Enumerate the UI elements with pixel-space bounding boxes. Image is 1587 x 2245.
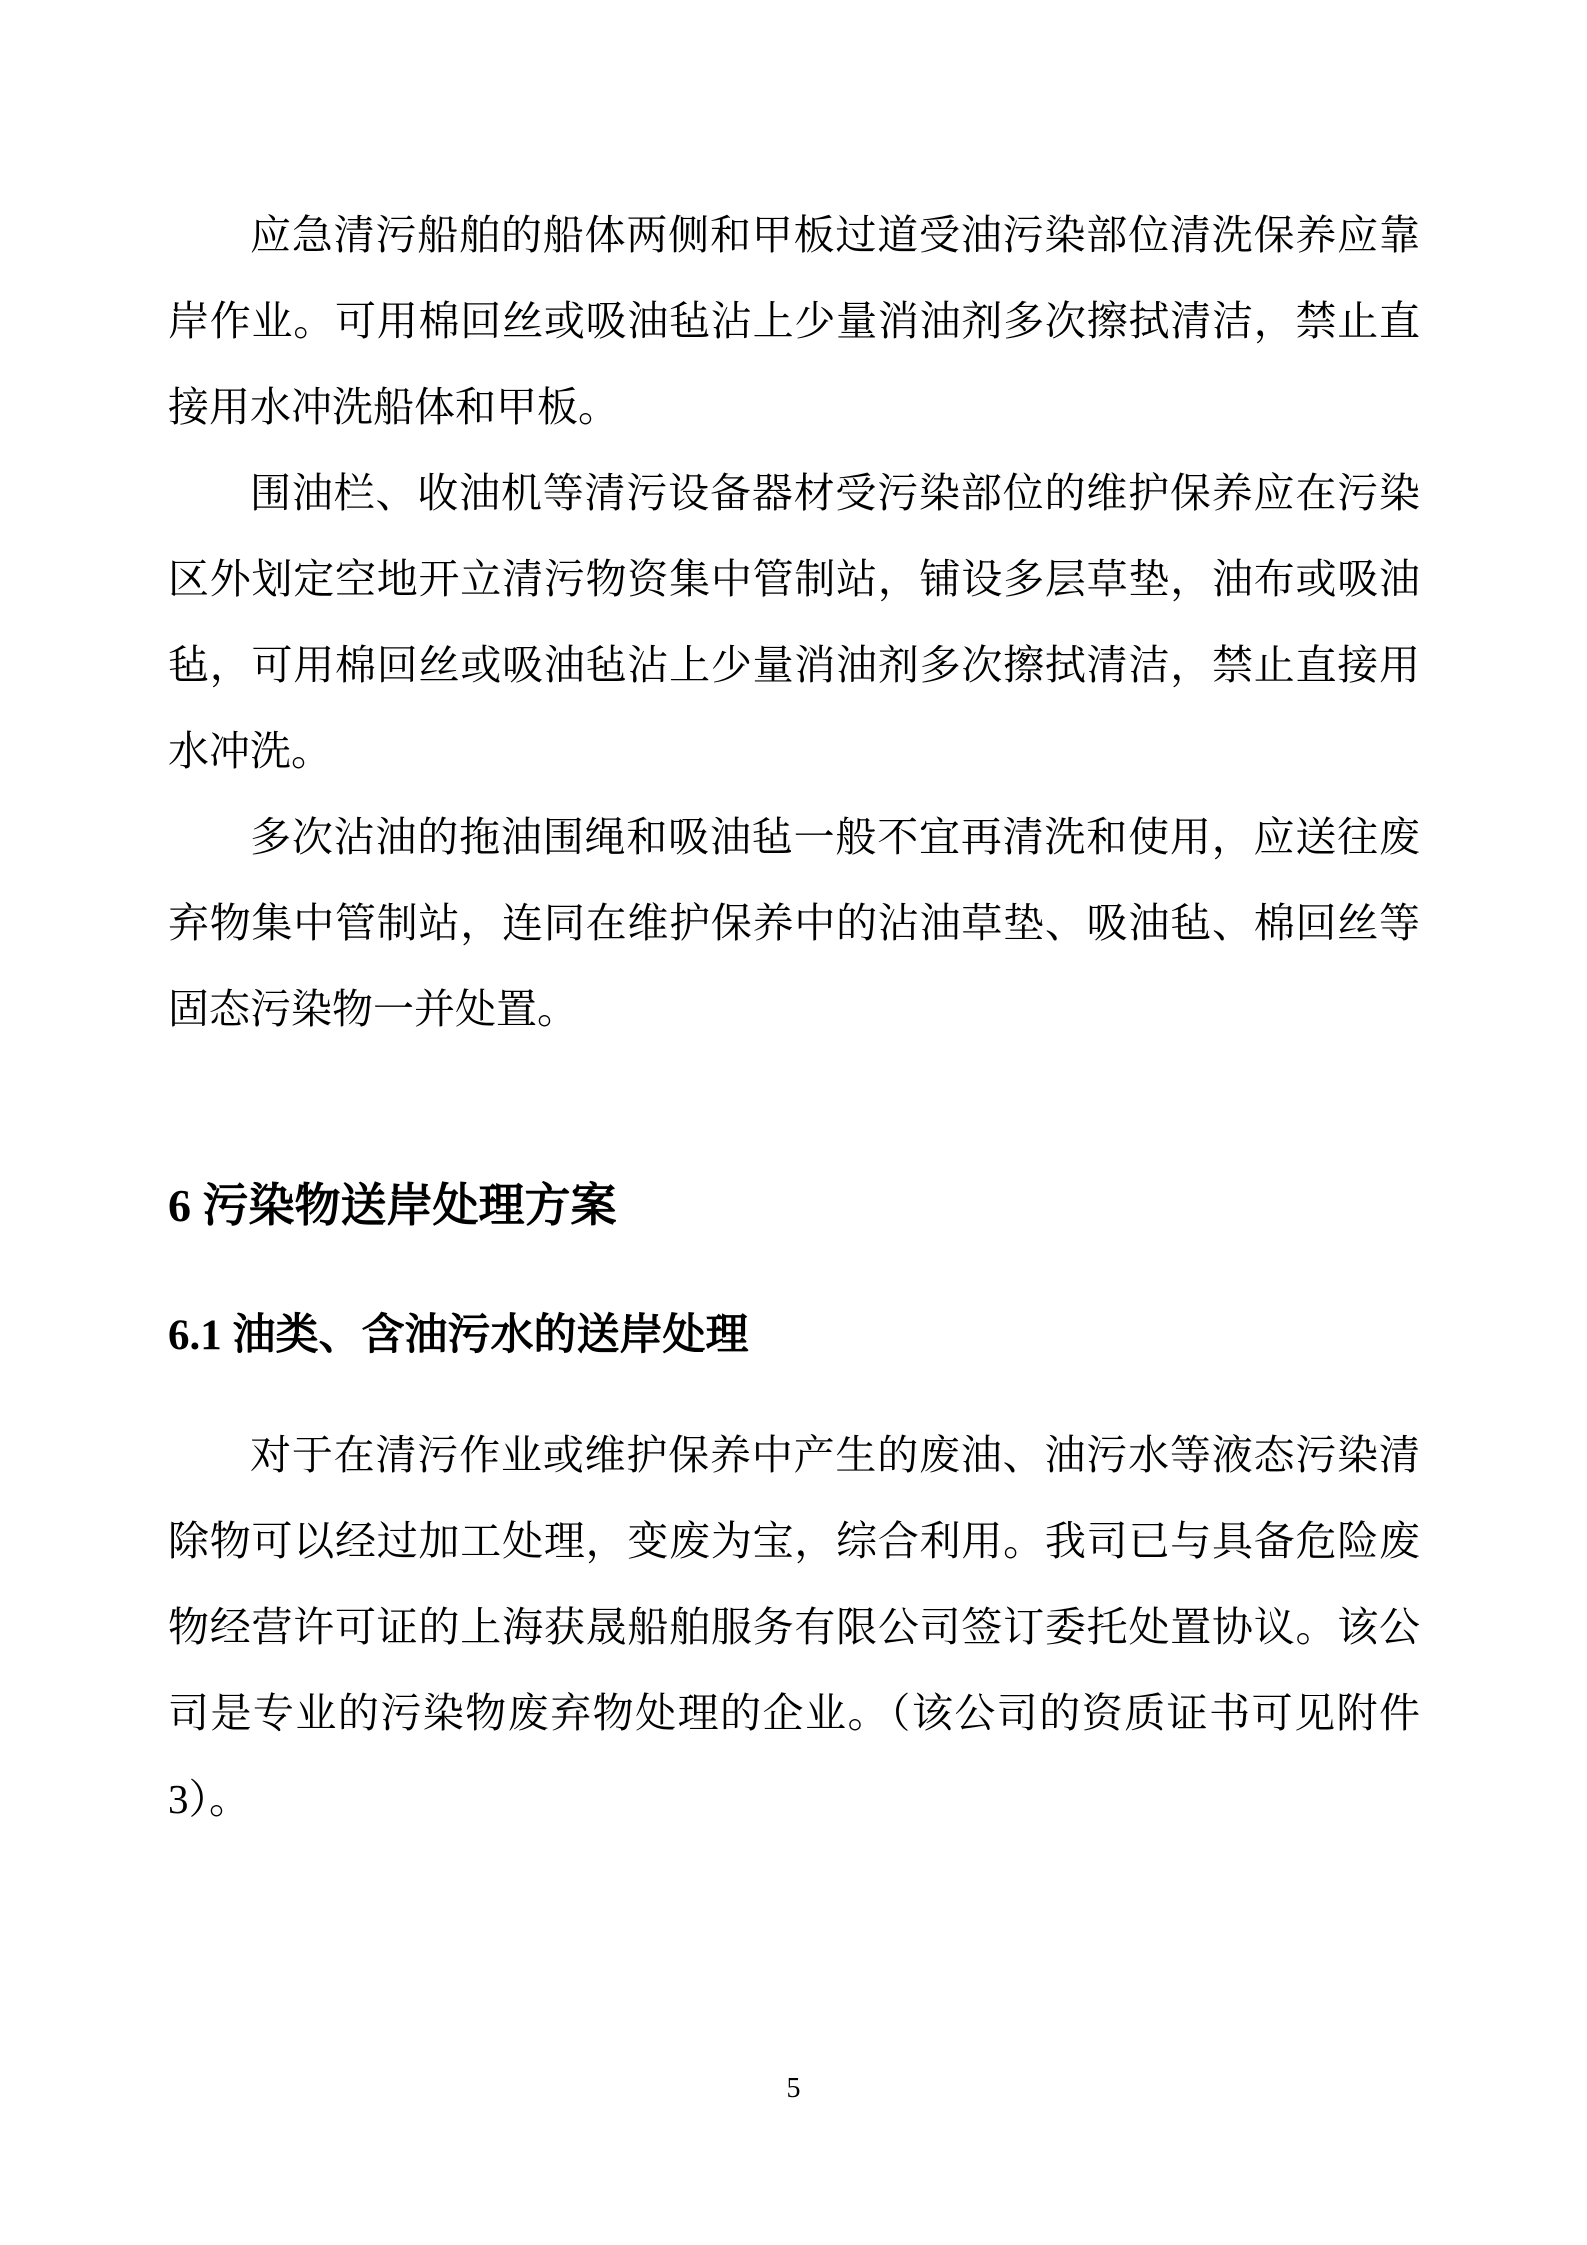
document-page: 应急清污船舶的船体两侧和甲板过道受油污染部位清洗保养应靠岸作业。可用棉回丝或吸油… <box>0 0 1587 2245</box>
paragraph-solid-waste-disposal: 多次沾油的拖油围绳和吸油毡一般不宜再清洗和使用，应送往废弃物集中管制站，连同在维… <box>168 794 1420 1052</box>
page-number: 5 <box>0 2072 1587 2106</box>
section-heading: 6 污染物送岸处理方案 <box>168 1175 1420 1237</box>
paragraph-equipment-maintenance: 围油栏、收油机等清污设备器材受污染部位的维护保养应在污染区外划定空地开立清污物资… <box>168 450 1420 794</box>
page-content: 应急清污船舶的船体两侧和甲板过道受油污染部位清洗保养应靠岸作业。可用棉回丝或吸油… <box>168 0 1420 1842</box>
subsection-heading: 6.1 油类、含油污水的送岸处理 <box>168 1307 1420 1365</box>
paragraph-oily-water-treatment: 对于在清污作业或维护保养中产生的废油、油污水等液态污染清除物可以经过加工处理，变… <box>168 1412 1420 1842</box>
paragraph-cleaning-hull: 应急清污船舶的船体两侧和甲板过道受油污染部位清洗保养应靠岸作业。可用棉回丝或吸油… <box>168 192 1420 450</box>
